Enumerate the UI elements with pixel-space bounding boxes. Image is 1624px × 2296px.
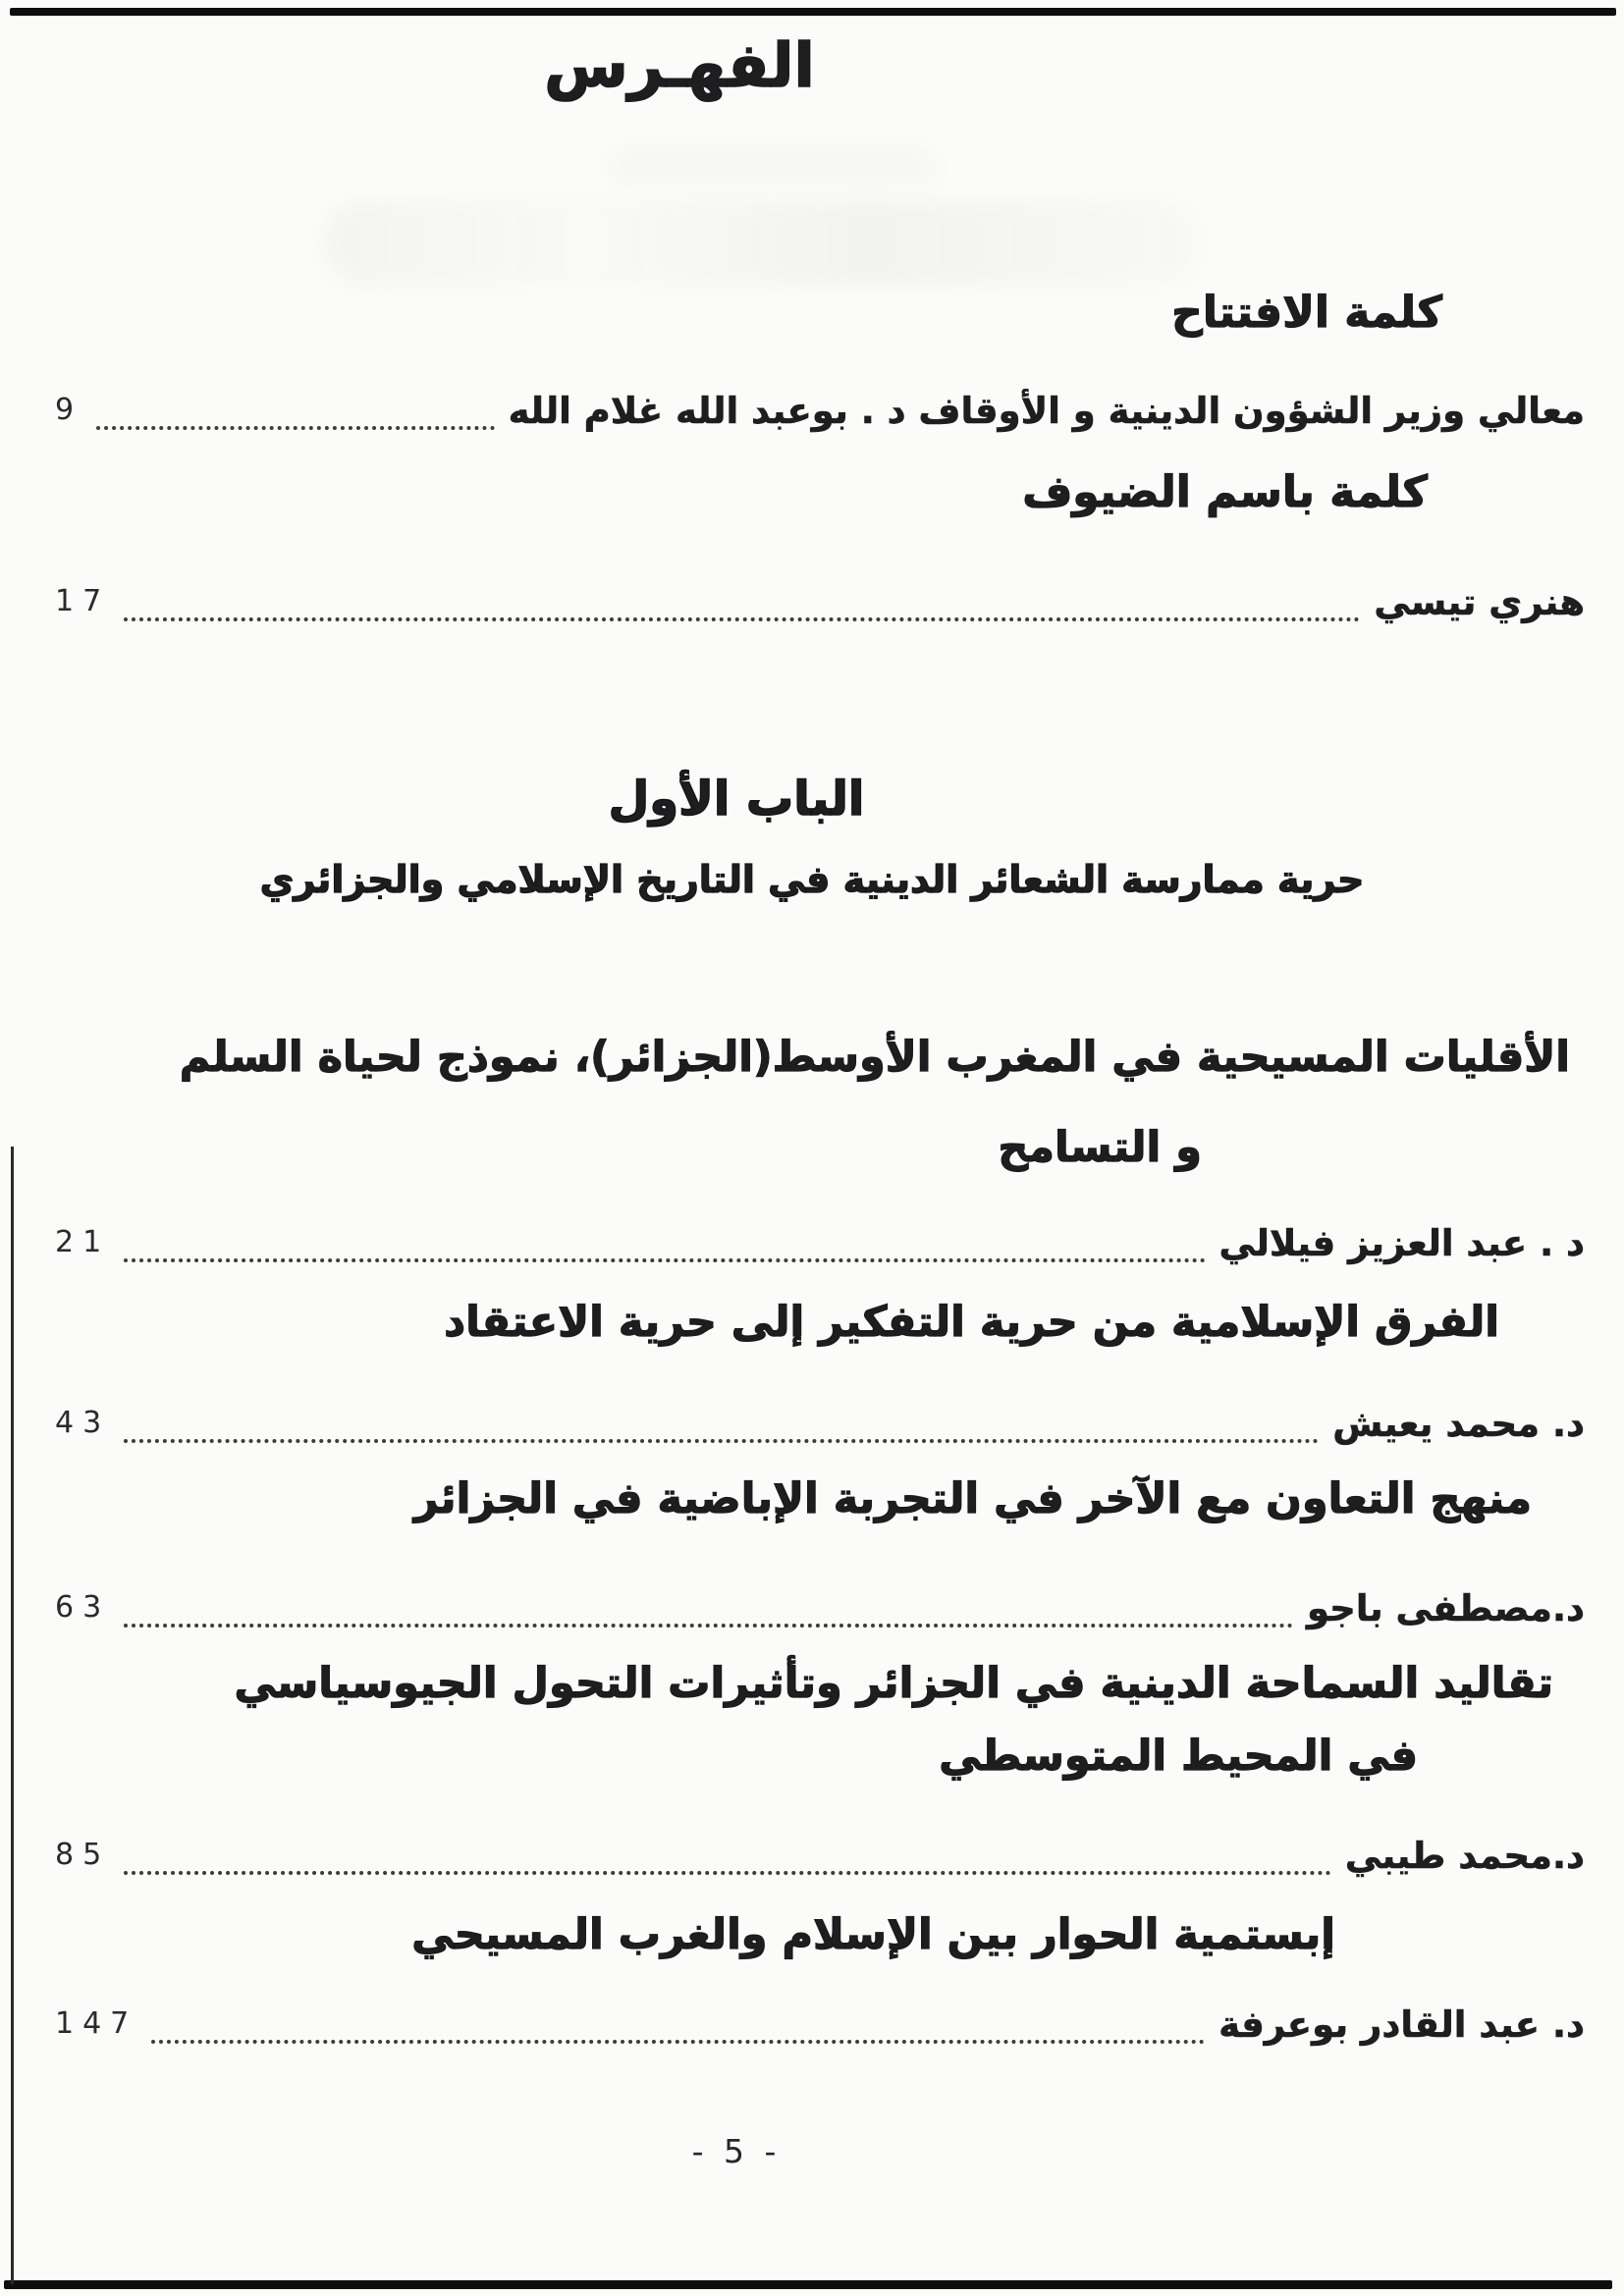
dot-leader [96,383,495,430]
entry-author: هنري تيسي [1374,574,1585,631]
article-title-line: إبستمية الحوار بين الإسلام والغرب المسيح… [411,1910,1335,1959]
article-title-line: الأقليات المسيحية في المغرب الأوسط(الجزا… [180,1033,1570,1082]
article-title-line: منهج التعاون مع الآخر في التجربة الإباضي… [414,1474,1532,1523]
dot-leader [124,574,1360,621]
dot-leader [124,1580,1293,1628]
scan-edge-bottom [4,2280,1612,2289]
page-number: 43 [55,1396,110,1451]
toc-entry: د. محمد يعيش 43 [55,1396,1585,1453]
dot-leader [124,1215,1205,1262]
page-number: 21 [55,1215,110,1270]
entry-author: د.محمد طيبي [1345,1828,1585,1885]
dot-leader [124,1396,1319,1443]
ink-bleed-through [324,201,1202,285]
page-number: 9 [55,383,82,438]
scanned-toc-page: الفهـرس كلمة الافتتاح معالي وزير الشؤون … [0,0,1624,2296]
toc-entry: د . عبد العزيز فيلالي 21 [55,1215,1585,1272]
entry-author: د. عبد القادر بوعرفة [1218,1997,1585,2054]
chapter-one-subtitle: حرية ممارسة الشعائر الدينية في التاريخ ا… [0,858,1624,901]
toc-entry: د. عبد القادر بوعرفة 147 [55,1997,1585,2054]
entry-author: معالي وزير الشؤون الدينية و الأوقاف د . … [509,383,1585,440]
article-title-line: الفرق الإسلامية من حرية التفكير إلى حرية… [444,1298,1499,1347]
dot-leader [151,1997,1205,2044]
page-number: 147 [55,1997,137,2052]
page-number: 63 [55,1580,110,1635]
page-number: 85 [55,1828,110,1883]
dot-leader [124,1828,1331,1875]
article-title-line: في المحيط المتوسطي [939,1732,1418,1781]
toc-entry: هنري تيسي 17 [55,574,1585,631]
chapter-one-title: الباب الأول [0,772,1548,827]
entry-author: د.مصطفى باجو [1307,1580,1585,1637]
section-heading-guests-word: كلمة باسم الضيوف [1022,467,1428,517]
toc-entry: معالي وزير الشؤون الدينية و الأوقاف د . … [55,383,1585,440]
ink-bleed-through [609,147,937,187]
article-title-line: و التسامح [998,1123,1202,1172]
entry-author: د. محمد يعيش [1332,1396,1585,1453]
article-title-line: تقاليد السماحة الدينية في الجزائر وتأثير… [235,1659,1554,1708]
scan-edge-top [10,8,1616,16]
scan-edge-left [11,1147,14,2284]
footer-page-number: - 5 - [0,2132,1548,2170]
page-number: 17 [55,574,110,629]
toc-entry: د.محمد طيبي 85 [55,1828,1585,1885]
section-heading-opening-word: كلمة الافتتاح [1171,288,1442,338]
entry-author: د . عبد العزيز فيلالي [1219,1215,1585,1272]
toc-entry: د.مصطفى باجو 63 [55,1580,1585,1637]
page-title: الفهـرس [0,29,1491,101]
